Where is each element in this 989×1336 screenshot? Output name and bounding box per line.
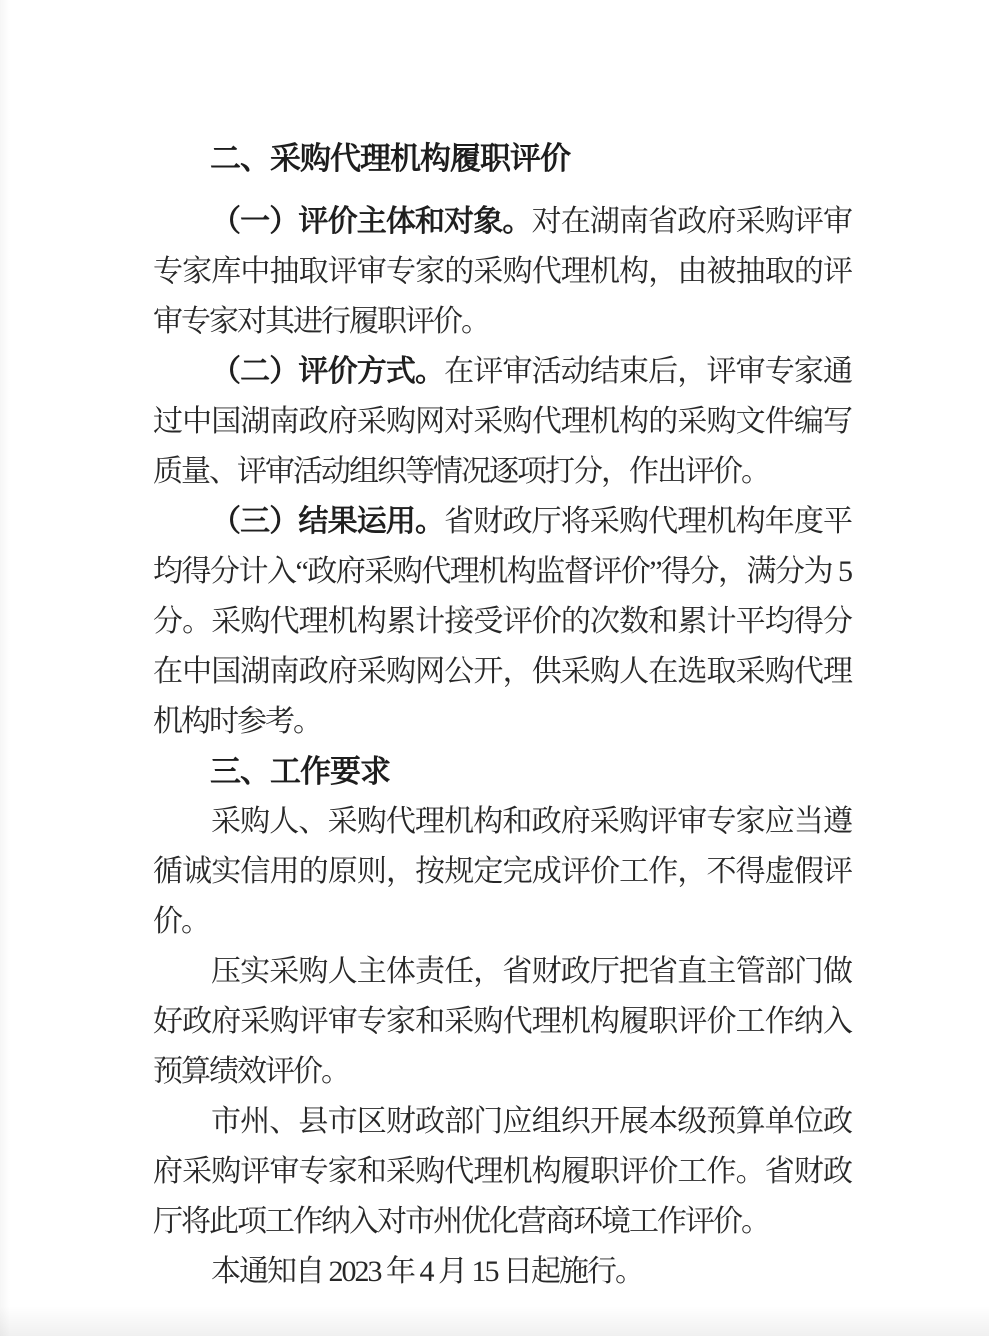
paragraph-purchaser-responsibility: 压实采购人主体责任，省财政厅把省直主管部门做好政府采购评审专家和采购代理机构履职…	[153, 947, 851, 1097]
paragraph-body-text: 市州、县市区财政部门应组织开展本级预算单位政府采购评审专家和采购代理机构履职评价…	[153, 1105, 851, 1238]
section-heading-work-requirements: 三、工作要求	[153, 747, 851, 797]
paragraph-evaluation-subject: （一）评价主体和对象。对在湖南省政府采购评审专家库中抽取评审专家的采购代理机构，…	[153, 197, 851, 347]
paragraph-effective-date: 本通知自 2023 年 4 月 15 日起施行。	[153, 1247, 851, 1297]
paragraph-local-finance-departments: 市州、县市区财政部门应组织开展本级预算单位政府采购评审专家和采购代理机构履职评价…	[153, 1097, 851, 1247]
paragraph-honesty-principle: 采购人、采购代理机构和政府采购评审专家应当遵循诚实信用的原则，按规定完成评价工作…	[153, 797, 851, 947]
scanned-document-page: 二、采购代理机构履职评价 （一）评价主体和对象。对在湖南省政府采购评审专家库中抽…	[0, 0, 989, 1336]
paragraph-lead-label: （二）评价方式。	[211, 355, 444, 388]
paragraph-evaluation-method: （二）评价方式。在评审活动结束后，评审专家通过中国湖南政府采购网对采购代理机构的…	[153, 347, 851, 497]
paragraph-body-text: 本通知自 2023 年 4 月 15 日起施行。	[211, 1255, 643, 1288]
paragraph-lead-label: （一）评价主体和对象。	[211, 205, 532, 238]
paragraph-body-text: 压实采购人主体责任，省财政厅把省直主管部门做好政府采购评审专家和采购代理机构履职…	[153, 955, 851, 1088]
paragraph-body-text: 省财政厅将采购代理机构年度平均得分计入“政府采购代理机构监督评价”得分，满分为 …	[153, 505, 851, 738]
paragraph-result-usage: （三）结果运用。省财政厅将采购代理机构年度平均得分计入“政府采购代理机构监督评价…	[153, 497, 851, 747]
section-heading-procurement-agency-evaluation: 二、采购代理机构履职评价	[153, 134, 851, 184]
paragraph-lead-label: （三）结果运用。	[211, 505, 444, 538]
paragraph-body-text: 采购人、采购代理机构和政府采购评审专家应当遵循诚实信用的原则，按规定完成评价工作…	[153, 805, 851, 938]
document-content: 二、采购代理机构履职评价 （一）评价主体和对象。对在湖南省政府采购评审专家库中抽…	[153, 134, 851, 1297]
